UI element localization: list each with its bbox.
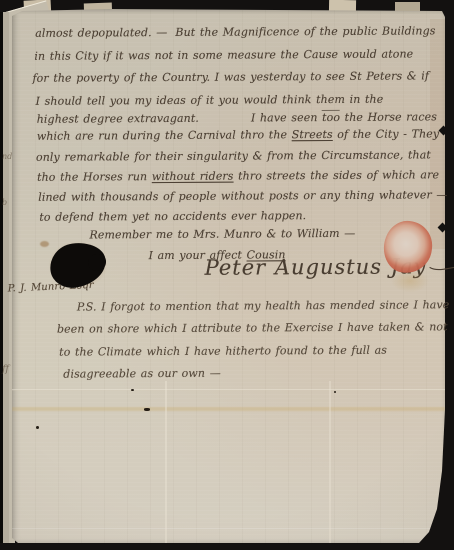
letter-line-text: Streets	[292, 128, 333, 141]
letter-line-text: P.S. I forgot to mention that my health …	[77, 298, 450, 313]
letter-line-text: only remarkable for their singularity & …	[36, 148, 431, 163]
letter-line-text: I should tell you my ideas of it you wou…	[36, 93, 384, 108]
letter-line-text: tho the Horses run	[37, 170, 152, 184]
letter-line: for the poverty of the Country. I was ye…	[32, 69, 429, 85]
letter-line: I should tell you my ideas of it you wou…	[36, 93, 384, 109]
letter-line-text: for the poverty of the Country. I was ye…	[32, 69, 429, 84]
letter-line-text: without riders	[152, 170, 234, 183]
letter-line-text: disagreeable as our own —	[63, 367, 221, 381]
postscript-line: P.S. I forgot to mention that my health …	[77, 298, 450, 314]
postscript-line: to the Climate which I have hitherto fou…	[59, 344, 387, 360]
letter-line-text: almost depopulated. —	[35, 26, 167, 40]
letter-line-text: But the Magnificence of the public Build…	[175, 24, 435, 39]
letter-line: only remarkable for their singularity & …	[36, 148, 431, 164]
letter-line-text: to the Climate which I have hitherto fou…	[59, 344, 387, 359]
scanned-letter-photo: nd b ff almost depopulated. —But the Mag…	[0, 0, 454, 550]
postscript-line: been on shore which I attribute to the E…	[57, 320, 448, 336]
letter-line: to defend them yet no accidents ever hap…	[39, 209, 306, 225]
letter-line-text: of the City - They	[333, 127, 440, 141]
letter-line-text: Remember me to Mrs. Munro & to William —	[89, 227, 355, 242]
letter-line-text: in this City if it was not in some measu…	[34, 47, 413, 62]
letter-line-text: highest degree extravagant.	[37, 112, 199, 126]
letter-line: lined with thousands of people without p…	[38, 188, 447, 204]
letter-line-text: too	[322, 110, 340, 124]
letter-line-text: thro streets the sides of which are	[233, 168, 439, 182]
letter-line: tho the Horses run without riders thro s…	[37, 168, 439, 184]
letter-line: Remember me to Mrs. Munro & to William —	[89, 227, 355, 243]
letter-line: in this City if it was not in some measu…	[34, 47, 413, 63]
letter-line-text: to defend them yet no accidents ever hap…	[39, 209, 306, 224]
letter-line-text: lined with thousands of people without p…	[38, 188, 447, 203]
letter-line: which are run during the Carnival thro t…	[37, 127, 439, 143]
letter-line: almost depopulated. —But the Magnificenc…	[35, 24, 435, 40]
postscript-line: disagreeable as our own —	[63, 367, 221, 382]
letter-line-text: I have seen	[251, 111, 322, 124]
letter-line-text: the Horse races	[340, 110, 437, 124]
letter-line-text: which are run during the Carnival thro t…	[37, 128, 292, 143]
letter-line: highest degree extravagant.I have seen t…	[37, 110, 437, 126]
letter-line-text: been on shore which I attribute to the E…	[57, 320, 448, 335]
